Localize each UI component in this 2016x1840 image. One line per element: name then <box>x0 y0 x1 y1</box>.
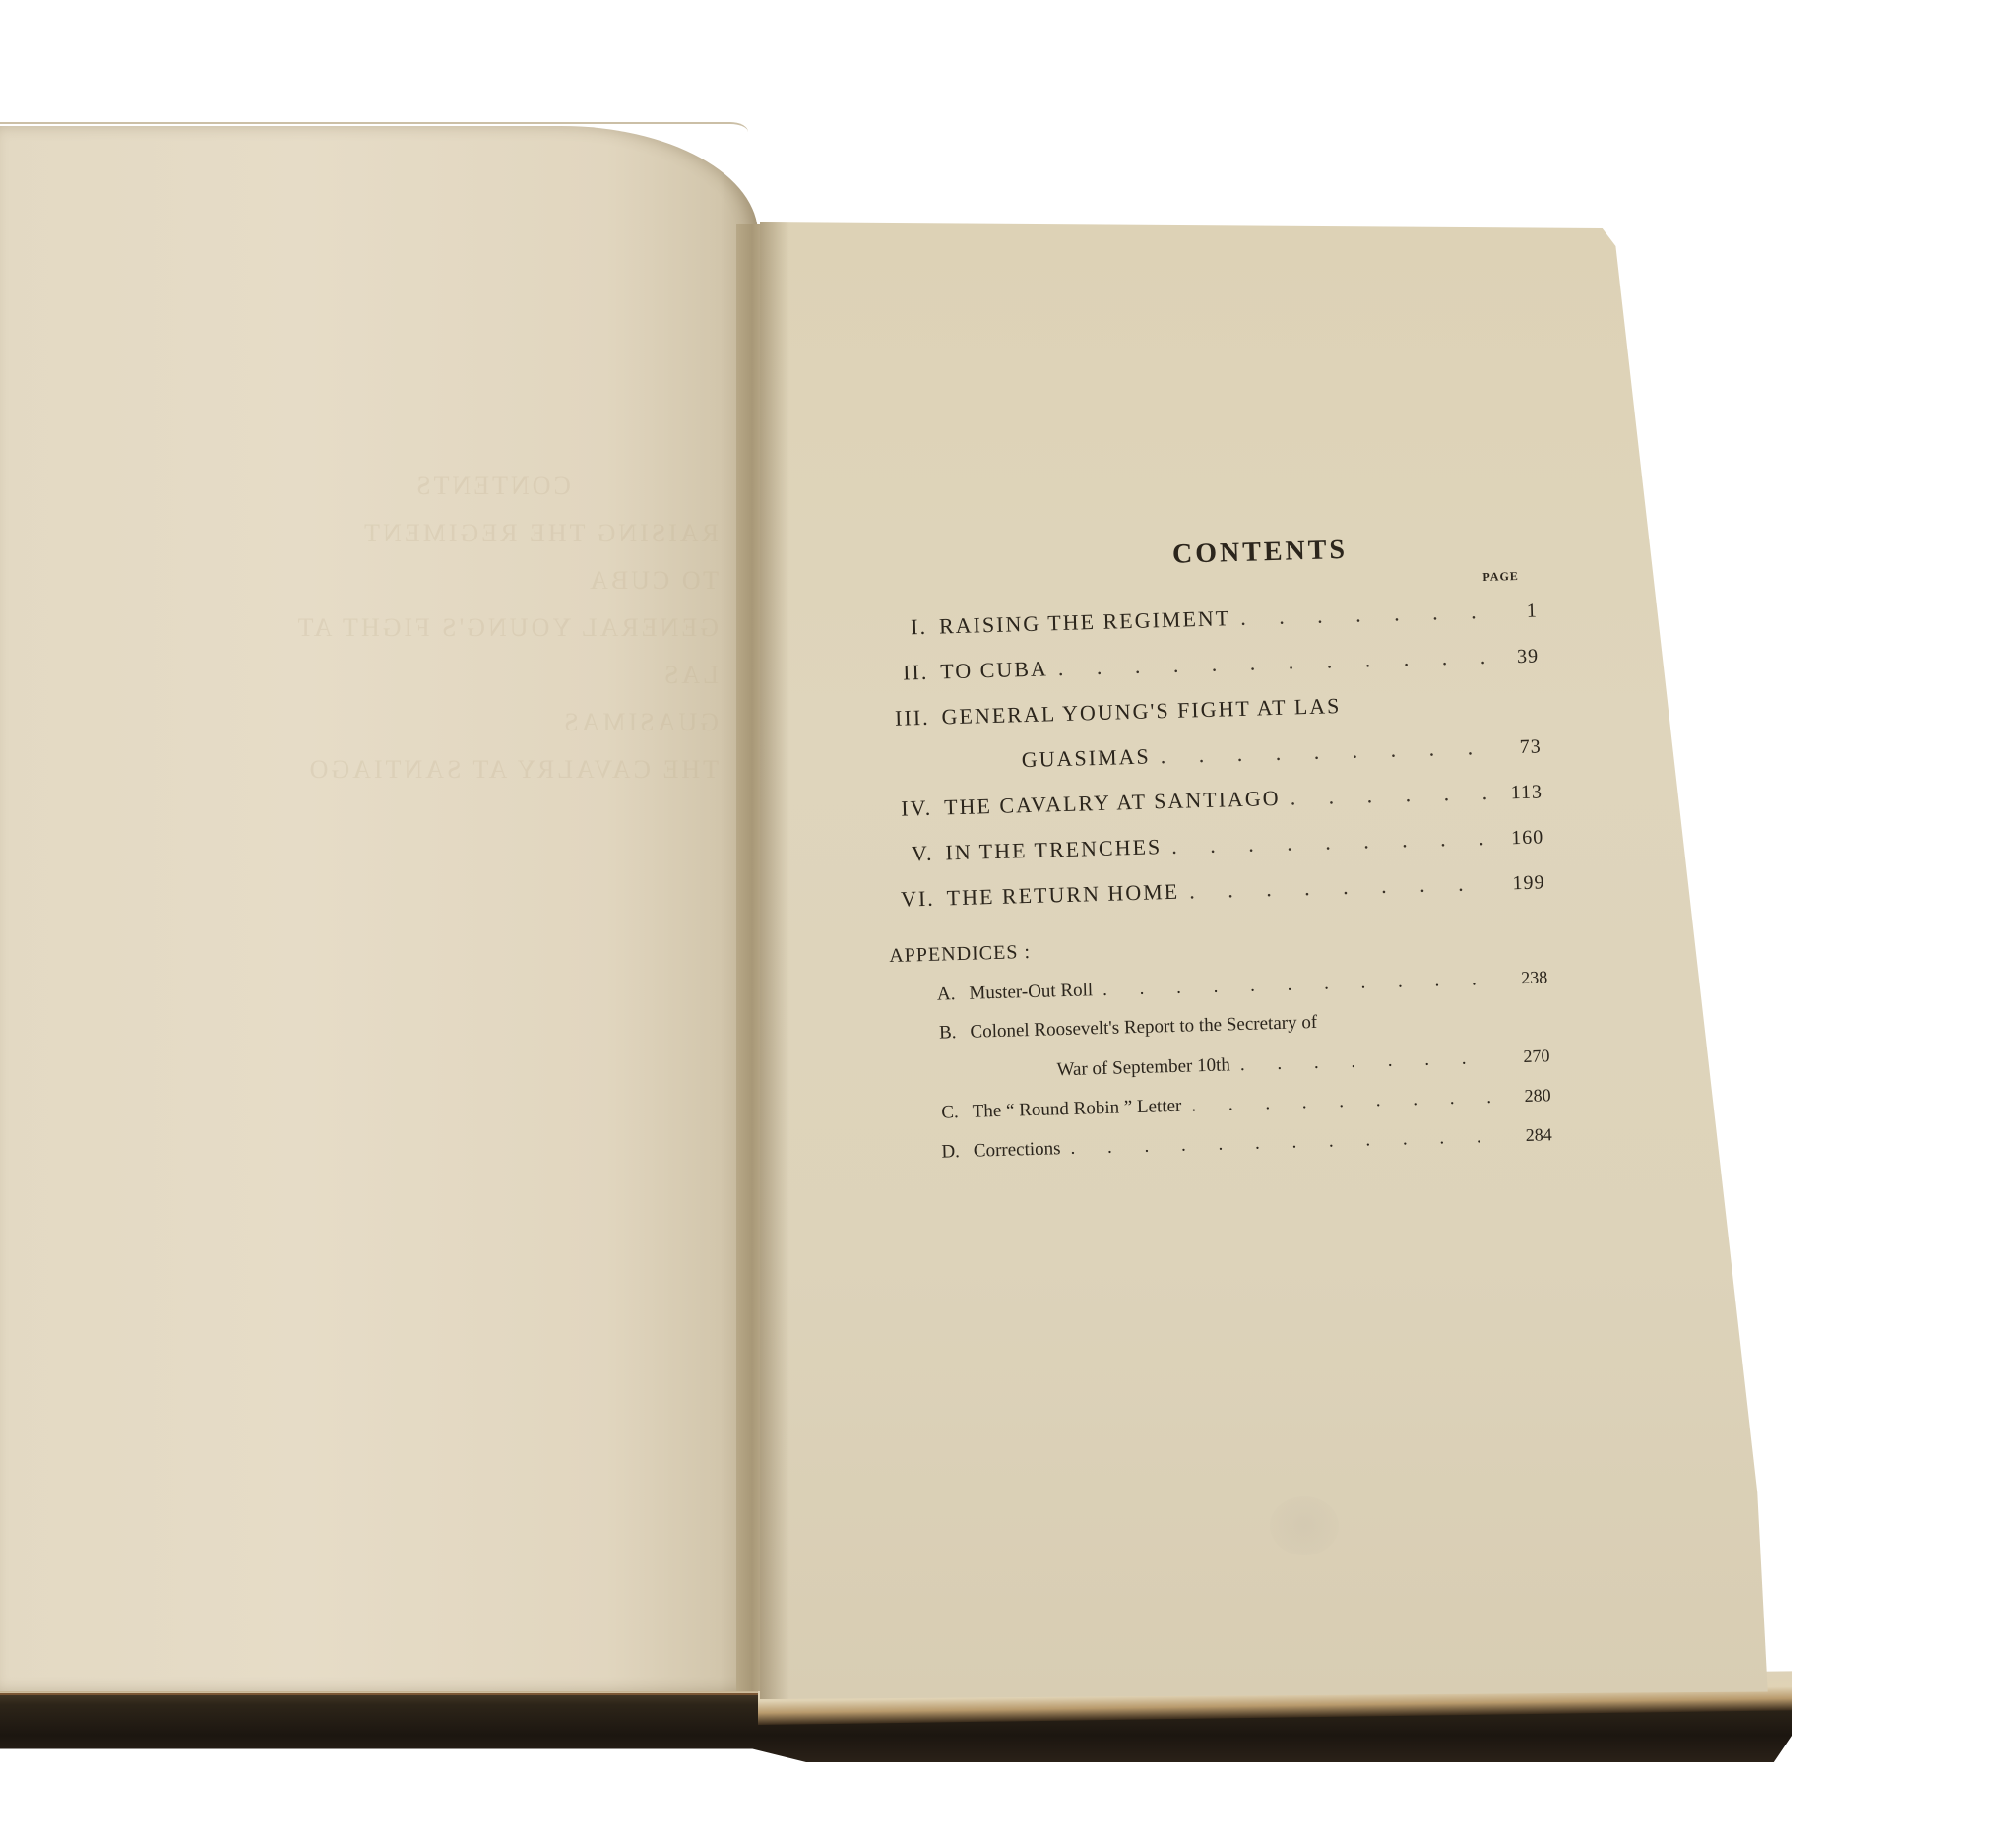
show-through-line: RAISING THE REGIMENT <box>266 510 719 557</box>
chapter-page: 199 <box>1491 859 1545 906</box>
appendix-letter: A. <box>878 975 970 1017</box>
chapter-title: GUASIMAS <box>1021 734 1151 784</box>
leader-dots <box>1317 1023 1495 1028</box>
appendix-page: 280 <box>1497 1075 1551 1115</box>
appendix-letter: B. <box>879 1013 971 1055</box>
leader-dots <box>1341 709 1486 713</box>
appendix-letter: D. <box>882 1132 974 1174</box>
leader-dots <box>1229 589 1484 641</box>
show-through-line: CONTENTS <box>266 463 719 510</box>
appendix-title: Muster-Out Roll <box>969 971 1094 1013</box>
show-through-line: GENERAL YOUNG'S FIGHT AT LAS <box>266 604 719 699</box>
chapter-title: RAISING THE REGIMENT <box>938 596 1230 649</box>
leader-dots <box>1179 860 1493 915</box>
left-page-top-edge <box>0 122 748 132</box>
appendix-letter <box>881 1075 1057 1080</box>
show-through-line: TO CUBA <box>266 557 719 604</box>
chapter-page: 160 <box>1490 814 1544 860</box>
show-through-line: THE CAVALRY AT SANTIAGO <box>266 746 719 793</box>
appendix-page: 238 <box>1494 957 1548 997</box>
chapter-numeral: I. <box>867 603 939 651</box>
appendix-title: War of September 10th <box>1056 1046 1230 1090</box>
show-through-line: GUASIMAS <box>266 699 719 746</box>
chapter-numeral <box>872 767 1022 771</box>
left-page <box>0 126 758 1691</box>
table-of-contents: CONTENTS PAGE I. RAISING THE REGIMENT 1 … <box>866 530 1552 1174</box>
chapter-numeral: V. <box>874 830 946 877</box>
chapter-page <box>1487 707 1541 709</box>
appendix-page <box>1495 1021 1548 1023</box>
gutter-shadow <box>760 222 789 1699</box>
appendix-letter: C. <box>881 1093 973 1135</box>
paper-stain <box>1270 1496 1339 1555</box>
leader-dots <box>1280 770 1490 821</box>
chapter-page: 1 <box>1483 588 1538 634</box>
appendix-title: The “ Round Robin ” Letter <box>972 1087 1182 1132</box>
chapter-numeral: VI. <box>875 875 947 922</box>
appendix-title: Corrections <box>973 1129 1061 1171</box>
chapter-page: 113 <box>1488 769 1543 815</box>
chapter-numeral: IV. <box>873 785 945 832</box>
chapter-page: 39 <box>1484 633 1539 679</box>
chapter-page: 73 <box>1487 724 1542 770</box>
chapter-numeral: II. <box>869 649 941 696</box>
appendix-page: 270 <box>1496 1036 1550 1076</box>
chapter-title: THE RETURN HOME <box>946 869 1180 921</box>
chapter-title: TO CUBA <box>940 646 1049 694</box>
chapter-numeral: III. <box>870 694 942 741</box>
show-through-text: CONTENTS RAISING THE REGIMENT TO CUBA GE… <box>266 463 719 793</box>
appendix-page: 284 <box>1498 1114 1552 1155</box>
chapter-title: IN THE TRENCHES <box>945 824 1163 875</box>
